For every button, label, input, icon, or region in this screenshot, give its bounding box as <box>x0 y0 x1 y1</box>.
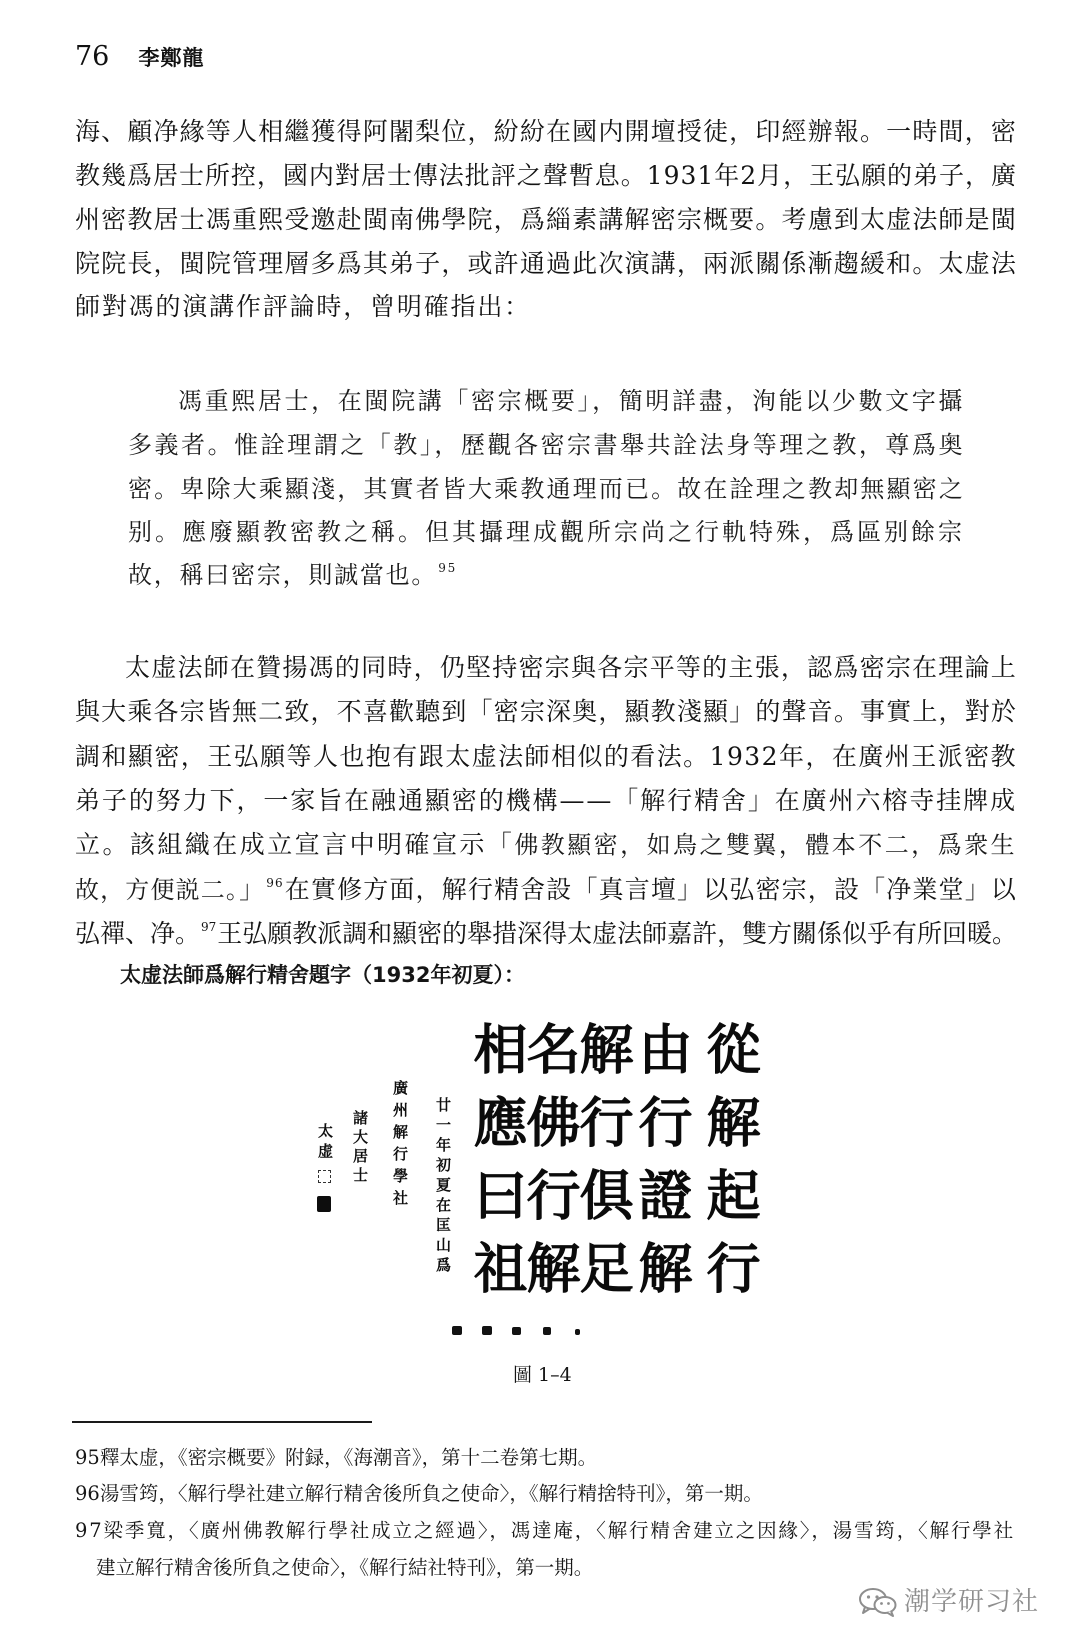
text-segment: 立。該組織在成立宣言中明確宣示「 <box>75 830 514 859</box>
text-line: 故，方便説二。」96在實修方面，解行精舍設「真言壇」以弘密宗，設「净業堂」以 <box>75 868 1017 912</box>
text-line: 調和顯密，王弘願等人也抱有跟太虚法師相似的看法。1932年，在廣州王派密教 <box>75 735 1017 779</box>
footnote-97-continuation: 建立解行精舍後所負之使命〉，《解行結社特刊》，第一期。 <box>96 1550 593 1586</box>
text-line: 院院長，閩院管理層多爲其弟子，或許通過此次演講，兩派關係漸趨緩和。太虚法 <box>75 242 1017 286</box>
text-line: 海、顧净緣等人相繼獲得阿闍梨位，紛紛在國内開壇授徒，印經辦報。一時間，密 <box>75 110 1017 154</box>
text-line: 師對馮的演講作評論時，曾明確指出： <box>75 285 531 329</box>
text-segment: 」 <box>239 875 265 904</box>
inscription-date: 廿一年初夏在匡山爲 <box>435 1097 450 1277</box>
calligraphy-column: 從解起行 <box>703 1021 757 1313</box>
watermark-text: 潮学研习社 <box>904 1584 1039 1620</box>
running-head-author: 李鄭龍 <box>138 45 204 70</box>
text-segment: 在實修方面，解行精舍設「真言壇」以弘密宗，設「净業堂」以 <box>285 875 1017 904</box>
text-segment: 弘禪、净。 <box>75 919 200 948</box>
footnote-text: 釋太虚，《密宗概要》附録，《海潮音》，第十二卷第七期。 <box>100 1446 597 1469</box>
footnote-number: 96 <box>75 1482 100 1505</box>
seal-mark-icon <box>512 1327 521 1335</box>
footnote-number: 97 <box>75 1519 104 1542</box>
quote-text: 故，稱曰密宗，則誠當也。 <box>128 561 437 589</box>
inscription-signature: 太虚 <box>317 1123 332 1163</box>
seal-mark-icon <box>575 1329 580 1335</box>
quote-line: 密。卑除大乘顯淺，其實者皆大乘教通理而已。故在詮理之教却無顯密之 <box>128 467 965 511</box>
seal-mark-icon <box>452 1326 462 1335</box>
book-page: 76 李鄭龍 海、顧净緣等人相繼獲得阿闍梨位，紛紛在國内開壇授徒，印經辦報。一時… <box>0 0 1080 1634</box>
quote-line: 多義者。惟詮理謂之「教」，歷觀各密宗書舉共詮法身等理之教，尊爲奥 <box>128 423 965 467</box>
footnote-text: 梁季寬，〈廣州佛教解行學社成立之經過〉，馮達庵，〈解行精舍建立之因緣〉，湯雪筠，… <box>104 1519 1015 1542</box>
calligraphy-column: 解行俱足 <box>576 1021 630 1313</box>
inscription-recipient: 廣州解行學社 <box>392 1080 407 1212</box>
text-line: 弘禪、净。97王弘願教派調和顯密的舉措深得太虚法師嘉許，雙方關係似乎有所回暖。 <box>75 912 1017 956</box>
footnote-text: 湯雪筠，〈解行學社建立解行精舍後所負之使命〉，《解行精捨特刊》，第一期。 <box>100 1482 763 1505</box>
quoted-text: 佛教顯密，如鳥之雙翼，體本不二，爲衆生 <box>514 831 1017 859</box>
quoted-text: 故，方便説二。 <box>75 876 239 904</box>
footnote-ref-95: 95 <box>438 561 457 575</box>
text-line: 與大乘各宗皆無二致，不喜歡聽到「密宗深奥，顯教淺顯」的聲音。事實上，對於 <box>75 690 1017 734</box>
figure-label: 圖 1–4 <box>513 1362 572 1388</box>
seal-icon <box>317 1196 331 1212</box>
text-line: 弟子的努力下，一家旨在融通顯密的機構——「解行精舍」在廣州六榕寺挂牌成 <box>75 779 1017 823</box>
footnote-number: 95 <box>75 1446 100 1469</box>
seal-mark-icon <box>543 1327 551 1335</box>
calligraphy-column: 相應曰祖 <box>470 1021 524 1313</box>
footnote-ref-96: 96 <box>266 876 284 890</box>
footnote-95: 95釋太虚，《密宗概要》附録，《海潮音》，第十二卷第七期。 <box>75 1440 597 1476</box>
text-line: 立。該組織在成立宣言中明確宣示「佛教顯密，如鳥之雙翼，體本不二，爲衆生 <box>75 823 1017 867</box>
calligraphy-column: 由行證解 <box>635 1021 689 1313</box>
text-line: 州密教居士馮重熙受邀赴閩南佛學院，爲緇素講解密宗概要。考慮到太虚法師是閩 <box>75 198 1017 242</box>
footnote-97: 97梁季寬，〈廣州佛教解行學社成立之經過〉，馮達庵，〈解行精舍建立之因緣〉，湯雪… <box>75 1513 1015 1549</box>
quote-line: 馮重熙居士，在閩院講「密宗概要」，簡明詳盡，洵能以少數文字攝 <box>178 379 965 423</box>
quote-line: 别。應廢顯教密教之稱。但其攝理成觀所宗尚之行軌特殊，爲區别餘宗 <box>128 510 965 554</box>
calligraphy-column: 名佛行解 <box>523 1021 577 1313</box>
footnote-divider <box>72 1421 372 1423</box>
seal-icon <box>318 1170 331 1183</box>
seal-mark-icon <box>482 1326 492 1335</box>
inscription-dedication: 諸大居士 <box>352 1110 367 1186</box>
text-line: 教幾爲居士所控，國内對居士傳法批評之聲暫息。1931年2月，王弘願的弟子，廣 <box>75 154 1017 198</box>
text-line: 太虚法師在贊揚馮的同時，仍堅持密宗與各宗平等的主張，認爲密宗在理論上 <box>125 646 1017 690</box>
footnote-ref-97: 97 <box>201 920 216 934</box>
quote-line: 故，稱曰密宗，則誠當也。95 <box>128 553 458 597</box>
page-number: 76 <box>75 41 109 72</box>
footnote-96: 96湯雪筠，〈解行學社建立解行精舍後所負之使命〉，《解行精捨特刊》，第一期。 <box>75 1476 763 1512</box>
wechat-icon <box>858 1587 898 1617</box>
text-segment: 王弘願教派調和顯密的舉措深得太虚法師嘉許，雙方關係似乎有所回暖。 <box>217 919 1017 948</box>
figure-intro-caption: 太虚法師爲解行精舍題字（1932年初夏）： <box>120 961 525 989</box>
running-head: 76 李鄭龍 <box>75 40 204 74</box>
